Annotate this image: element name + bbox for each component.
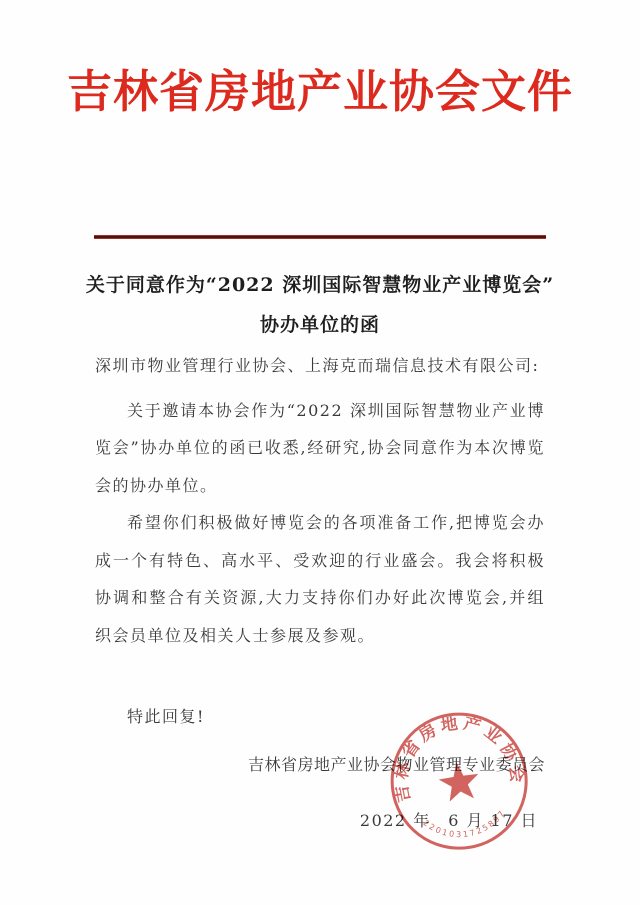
doc-title: 关于同意作为“2022 深圳国际智慧物业产业博览会” 协办单位的函: [0, 265, 640, 345]
official-seal: 吉林省房地产业协会 2201031725897: [375, 695, 544, 864]
document-page: 吉林省房地产业协会文件 关于同意作为“2022 深圳国际智慧物业产业博览会” 协…: [0, 0, 640, 905]
seal-serial-holder: 2201031725897: [420, 807, 510, 845]
seal-serial-number: 2201031725897: [420, 807, 510, 845]
letterhead-title: 吉林省房地产业协会文件: [0, 52, 640, 132]
paragraph-2: 希望你们积极做好博览会的各项准备工作,把博览会办成一个有特色、高水平、受欢迎的行…: [95, 504, 545, 654]
doc-title-line1: 关于同意作为“2022 深圳国际智慧物业产业博览会”: [0, 265, 640, 305]
letterhead-rule: [94, 235, 546, 239]
doc-title-line2: 协办单位的函: [0, 305, 640, 345]
seal-star-icon: [437, 760, 482, 803]
addressee-line: 深圳市物业管理行业协会、上海克而瑞信息技术有限公司:: [95, 347, 545, 385]
paragraph-1: 关于邀请本协会作为“2022 深圳国际智慧物业产业博览会”协办单位的函已收悉,经…: [95, 392, 545, 505]
